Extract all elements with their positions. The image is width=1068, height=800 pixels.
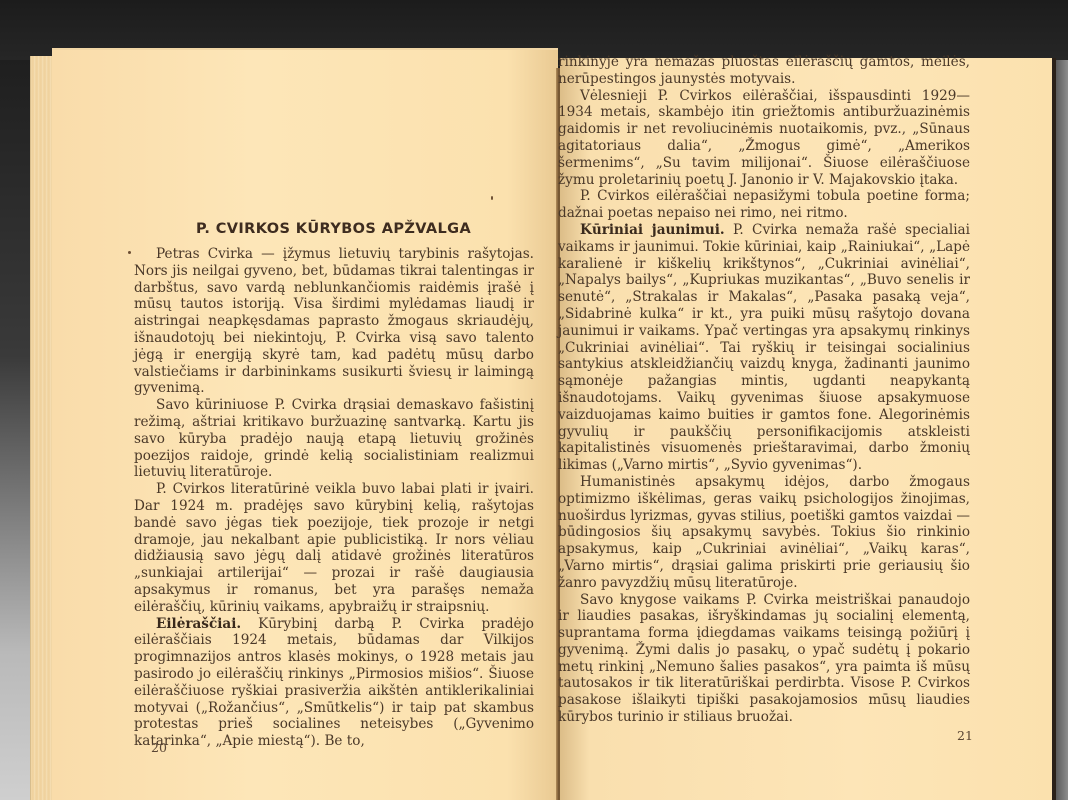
paragraph-text: P. Cvirkos eilėraščiai nepasižymi tobula… xyxy=(558,188,970,221)
background-left xyxy=(0,60,34,800)
section-lead-eilerasciai: Eilėraščiai. xyxy=(156,616,241,632)
page-number-right: 21 xyxy=(957,728,973,743)
paragraph-text: Petras Cvirka — įžymus lietuvių tarybini… xyxy=(134,246,534,396)
right-page-text: rinkinyje yra nemažas pluoštas eilėrašči… xyxy=(558,54,970,726)
paragraph-text: Savo knygose vaikams P. Cvirka meistrišk… xyxy=(558,592,970,726)
paper-speck xyxy=(128,251,131,254)
left-page-text: Petras Cvirka — įžymus lietuvių tarybini… xyxy=(134,246,534,750)
paper-speck xyxy=(491,196,493,200)
paragraph: Humanistinės apsakymų idėjos, darbo žmog… xyxy=(558,474,970,592)
paragraph: Vėlesnieji P. Cvirkos eilėraščiai, išspa… xyxy=(558,88,970,189)
chapter-heading: P. CVIRKOS KŪRYBOS APŽVALGA xyxy=(196,221,496,237)
paragraph: Petras Cvirka — įžymus lietuvių tarybini… xyxy=(134,246,534,397)
paragraph-text: Humanistinės apsakymų idėjos, darbo žmog… xyxy=(558,474,970,591)
paragraph-text: Kūrybinį darbą P. Cvirka pradėjo eilėraš… xyxy=(134,616,534,750)
paragraph-text: P. Cvirkos literatūrinė veikla buvo laba… xyxy=(134,481,534,615)
paragraph-text: rinkinyje yra nemažas pluoštas eilėrašči… xyxy=(558,54,970,87)
page-number-left: 20 xyxy=(151,740,167,755)
paragraph-text: Vėlesnieji P. Cvirkos eilėraščiai, išspa… xyxy=(558,88,970,188)
paragraph: P. Cvirkos literatūrinė veikla buvo laba… xyxy=(134,481,534,615)
paragraph: Kūriniai jaunimui. P. Cvirka nemaža rašė… xyxy=(558,222,970,474)
paragraph: Savo kūriniuose P. Cvirka drąsiai demask… xyxy=(134,397,534,481)
paragraph: Savo knygose vaikams P. Cvirka meistrišk… xyxy=(558,592,970,726)
section-lead-kuriniai-jaunimui: Kūriniai jaunimui. xyxy=(580,222,725,238)
paragraph-text: Savo kūriniuose P. Cvirka drąsiai demask… xyxy=(134,397,534,480)
paragraph-text: P. Cvirka nemaža rašė specialiai vaikams… xyxy=(558,222,970,473)
paragraph: P. Cvirkos eilėraščiai nepasižymi tobula… xyxy=(558,188,970,222)
paragraph-continued: rinkinyje yra nemažas pluoštas eilėrašči… xyxy=(558,54,970,88)
paragraph: Eilėraščiai. Kūrybinį darbą P. Cvirka pr… xyxy=(134,616,534,750)
